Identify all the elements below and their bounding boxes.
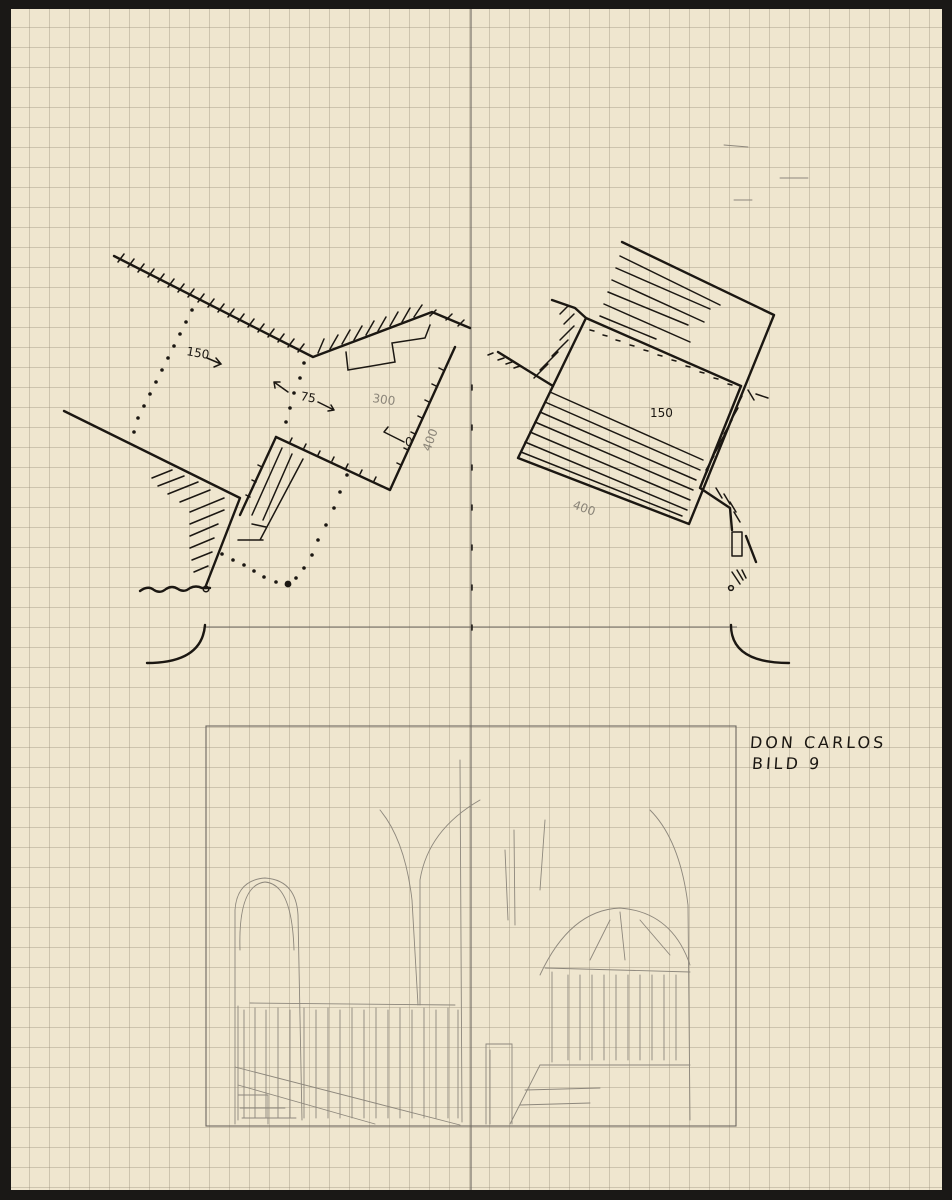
right-wall bbox=[498, 300, 789, 663]
dimension-150-left: 150 bbox=[185, 344, 221, 367]
left-lower-wall bbox=[64, 411, 240, 663]
pencil-dimension-400-vertical: 400 bbox=[420, 427, 441, 453]
center-dashed-marks bbox=[472, 353, 520, 630]
left-dotted-wagon bbox=[132, 308, 349, 587]
platform-150-label: 150 bbox=[650, 406, 673, 420]
title-block-line-1: DON CARLOS bbox=[749, 733, 887, 752]
title-block-line-2: BILD 9 bbox=[751, 754, 823, 773]
svg-text:150: 150 bbox=[185, 344, 210, 362]
svg-text:75: 75 bbox=[299, 389, 316, 405]
dimension-75: 75 bbox=[274, 382, 334, 411]
left-upper-wall bbox=[114, 254, 470, 370]
platform-400-pencil-label: 400 bbox=[571, 498, 597, 519]
stage-plan-drawing: 0 150 75 300 400 150 400 bbox=[11, 9, 942, 1190]
right-platform: 150 400 bbox=[518, 242, 774, 524]
arrow-zero-label: 0 bbox=[405, 435, 413, 449]
margin-marks bbox=[724, 145, 808, 200]
elevation-sketch bbox=[235, 760, 690, 1125]
pencil-dimension-300: 300 bbox=[372, 391, 397, 408]
graph-paper-sheet: 0 150 75 300 400 150 400 bbox=[11, 9, 942, 1190]
